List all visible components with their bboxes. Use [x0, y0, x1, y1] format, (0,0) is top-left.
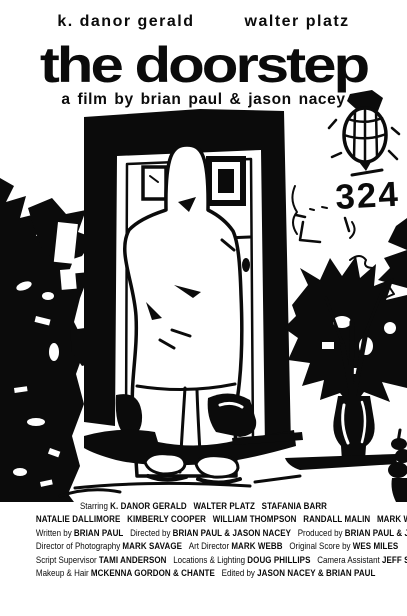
credit-role: Script Supervisor [36, 555, 99, 566]
film-title: the doorstep [0, 40, 407, 90]
credits-block: Starring K. DANOR GERALDWALTER PLATZSTAF… [0, 500, 407, 580]
house-number: 324 [334, 175, 400, 217]
top-billing: k. danor gerald walter platz [0, 13, 407, 31]
credit-name: STAFANIA BARR [262, 501, 327, 512]
actor-name: walter platz [245, 13, 350, 31]
credit-role: Director of Photography [36, 541, 123, 552]
credit-name: BRIAN PAUL [74, 528, 123, 539]
credit-name: WILLIAM THOMPSON [213, 514, 297, 525]
credit-role: Art Director [189, 541, 232, 552]
credit-name: WALTER PLATZ [193, 501, 254, 512]
credit-role: Directed by [130, 528, 173, 539]
credit-name: KIMBERLY COOPER [127, 514, 206, 525]
credit-name: MARK WEBB [231, 541, 282, 552]
actor-name: k. danor gerald [57, 13, 194, 31]
credit-role: Makeup & Hair [36, 568, 91, 579]
credit-name: K. DANOR GERALD [110, 501, 187, 512]
credit-name: NATALIE DALLIMORE [36, 514, 120, 525]
credit-line: Makeup & Hair MCKENNA GORDON & CHANTEEdi… [33, 567, 375, 580]
movie-poster: k. danor gerald walter platz the doorste… [0, 0, 407, 616]
credit-line: Director of Photography MARK SAVAGEArt D… [33, 540, 375, 553]
credit-name: WES MILES [353, 541, 399, 552]
poster-illustration: 324 [0, 90, 407, 502]
credit-name: TAMI ANDERSON [99, 555, 167, 566]
credit-line: NATALIE DALLIMOREKIMBERLY COOPERWILLIAM … [33, 513, 375, 526]
credit-line: Starring K. DANOR GERALDWALTER PLATZSTAF… [33, 500, 375, 513]
credit-role: Starring [80, 501, 110, 512]
credit-name: DOUG PHILLIPS [247, 555, 310, 566]
credit-role: Written by [36, 528, 74, 539]
credit-name: MARK SAVAGE [122, 541, 182, 552]
credit-role: Original Score by [289, 541, 352, 552]
credit-name: MARK WEBB [377, 514, 407, 525]
credit-role: Produced by [298, 528, 345, 539]
credit-line: Script Supervisor TAMI ANDERSONLocations… [33, 554, 375, 567]
credit-line: Written by BRIAN PAULDirected by BRIAN P… [33, 527, 375, 540]
credit-name: BRIAN PAUL & JASON NACEY [173, 528, 291, 539]
porch-lantern-icon [329, 90, 399, 175]
credit-name: JASON NACEY & BRIAN PAUL [257, 568, 375, 579]
credit-role: Edited by [222, 568, 257, 579]
credit-name: BRIAN PAUL & JASON NACEY [345, 528, 407, 539]
credit-name: MCKENNA GORDON & CHANTE [91, 568, 215, 579]
credit-role: Camera Assistant [317, 555, 382, 566]
credit-name: JEFF SNYDER [382, 555, 407, 566]
small-plant [388, 430, 407, 502]
credit-role: Locations & Lighting [173, 555, 247, 566]
credit-name: RANDALL MALIN [303, 514, 370, 525]
